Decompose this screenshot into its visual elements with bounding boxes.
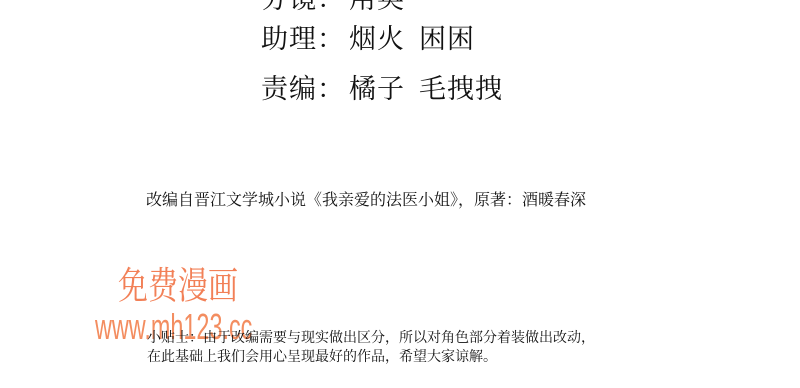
credit-name: 烟火 xyxy=(349,24,405,55)
credit-role: 分镜 xyxy=(261,0,317,15)
credit-name: 用英 xyxy=(349,0,405,15)
credit-separator: ： xyxy=(317,0,345,15)
credit-separator: ： xyxy=(317,24,345,55)
credit-name: 毛拽拽 xyxy=(419,74,503,105)
credit-role: 责编 xyxy=(261,74,317,105)
credit-line-assistant: 助理：烟火困困 xyxy=(261,24,475,56)
credit-separator: ： xyxy=(317,74,345,105)
tip-note: 小贴士：由于改编需要与现实做出区分，所以对角色部分着装做出改动， 在此基础上我们… xyxy=(147,329,595,367)
credit-name: 橘子 xyxy=(349,74,405,105)
credit-line-storyboard: 分镜：用英 xyxy=(261,0,405,16)
tip-note-line-1: 小贴士：由于改编需要与现实做出区分，所以对角色部分着装做出改动， xyxy=(147,329,595,348)
credit-name: 困困 xyxy=(419,24,475,55)
watermark-title: 免费漫画 xyxy=(118,266,238,309)
credit-role: 助理 xyxy=(261,24,317,55)
credit-line-editor: 责编：橘子毛拽拽 xyxy=(261,74,503,106)
source-attribution: 改编自晋江文学城小说《我亲爱的法医小姐》，原著：酒暖春深 xyxy=(146,189,586,211)
tip-note-line-2: 在此基础上我们会用心呈现最好的作品，希望大家谅解。 xyxy=(147,348,595,367)
